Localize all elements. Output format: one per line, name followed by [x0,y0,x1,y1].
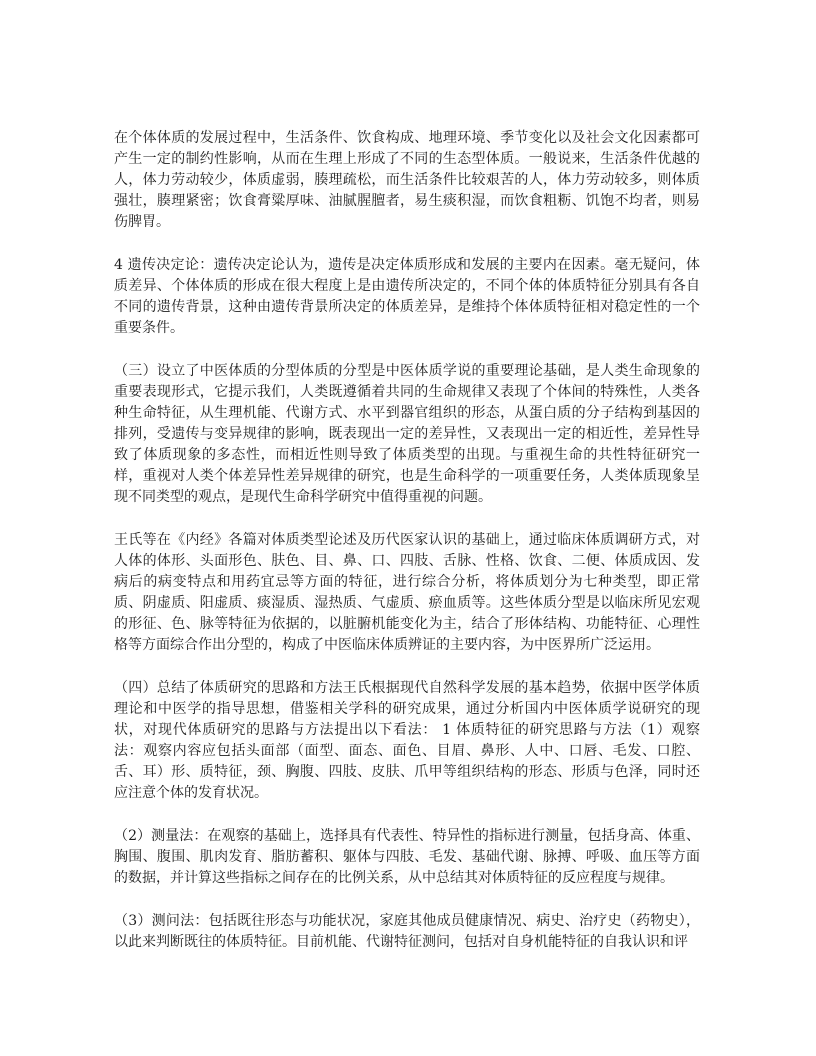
paragraph: （四）总结了体质研究的思路和方法王氏根据现代自然科学发展的基本趋势，依据中医学体… [114,678,700,804]
document-body-text: 在个体体质的发展过程中，生活条件、饮食构成、地理环境、季节变化以及社会文化因素都… [114,128,700,953]
document-page: 在个体体质的发展过程中，生活条件、饮食构成、地理环境、季节变化以及社会文化因素都… [0,0,816,1056]
paragraph: （2）测量法：在观察的基础上，选择具有代表性、特异性的指标进行测量，包括身高、体… [114,826,700,889]
paragraph: 在个体体质的发展过程中，生活条件、饮食构成、地理环境、季节变化以及社会文化因素都… [114,128,700,233]
paragraph: （3）测问法：包括既往形态与功能状况，家庭其他成员健康情况、病史、治疗史（药物史… [114,911,700,953]
paragraph: 王氏等在《内经》各篇对体质类型论述及历代医家认识的基础上，通过临床体质调研方式，… [114,530,700,656]
paragraph: （三）设立了中医体质的分型体质的分型是中医体质学说的重要理论基础，是人类生命现象… [114,361,700,508]
paragraph: 4 遗传决定论：遗传决定论认为，遗传是决定体质形成和发展的主要内在因素。毫无疑问… [114,255,700,339]
